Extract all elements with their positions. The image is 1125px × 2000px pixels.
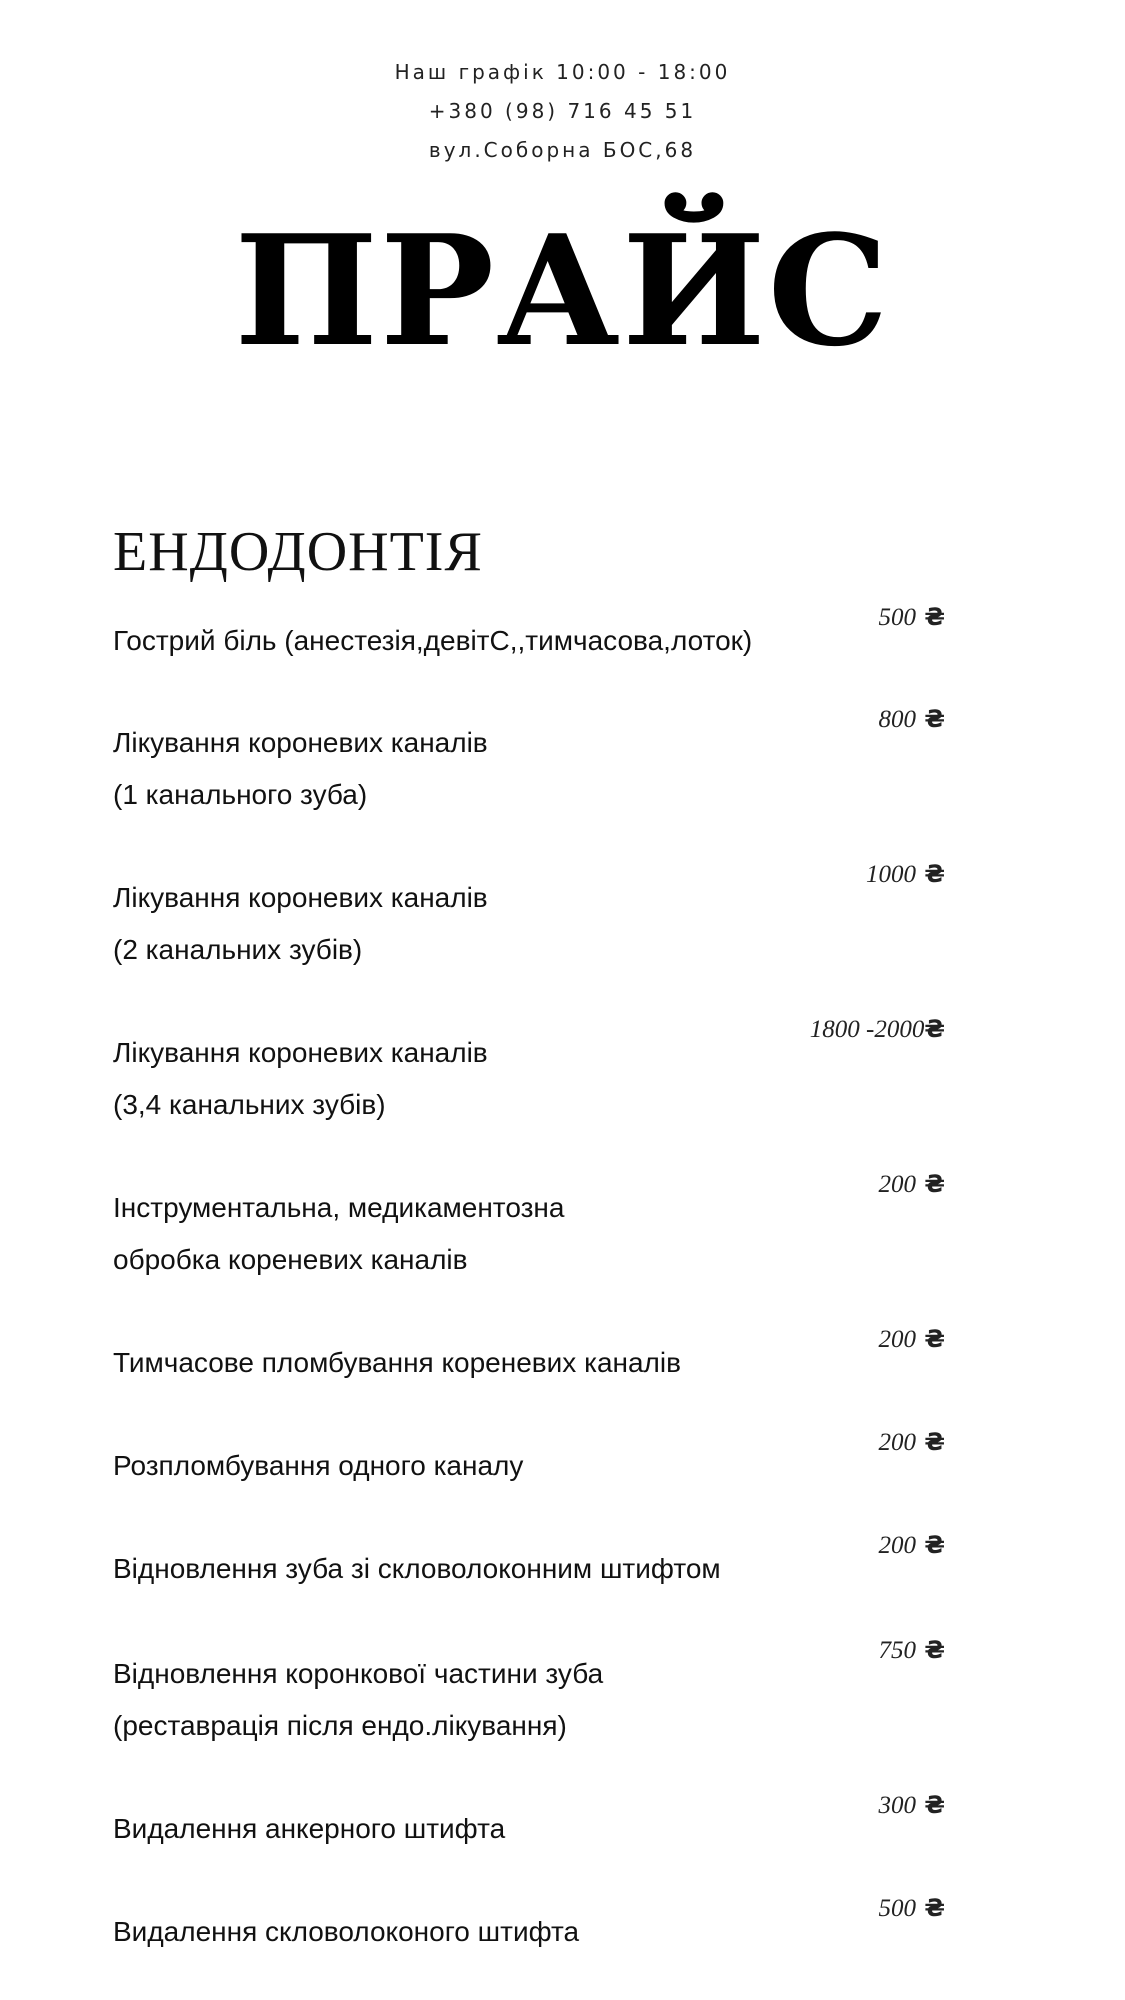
service-name: Лікування короневих каналів(1 канального… (113, 717, 833, 821)
working-hours: Наш графік 10:00 - 18:00 (0, 60, 1125, 84)
hryvnia-currency-icon: ₴ (916, 1894, 945, 1922)
hryvnia-currency-icon: ₴ (916, 705, 945, 733)
hryvnia-currency-icon: ₴ (916, 603, 945, 631)
service-name-line2: (2 канальних зубів) (113, 924, 833, 976)
hryvnia-currency-icon: ₴ (916, 860, 945, 888)
price-value: 1800 -2000 (810, 1016, 925, 1043)
hryvnia-currency-icon: ₴ (916, 1325, 945, 1353)
service-price: 200 ₴ (879, 1325, 945, 1354)
service-name-line1: Видалення анкерного штифта (113, 1803, 833, 1855)
price-value: 200 (879, 1326, 917, 1353)
service-name-line2: (3,4 канальних зубів) (113, 1079, 833, 1131)
price-value: 200 (879, 1429, 917, 1456)
address: вул.Соборна БОС,68 (0, 138, 1125, 162)
service-name-line1: Лікування короневих каналів (113, 717, 833, 769)
hryvnia-currency-icon: ₴ (916, 1428, 945, 1456)
service-name-line2: (1 канального зуба) (113, 769, 833, 821)
hryvnia-currency-icon: ₴ (916, 1791, 945, 1819)
service-name: Лікування короневих каналів(2 канальних … (113, 872, 833, 976)
service-name: Видалення анкерного штифта (113, 1803, 833, 1855)
service-name-line1: Видалення скловолоконого штифта (113, 1906, 833, 1958)
service-price: 200 ₴ (879, 1428, 945, 1457)
service-price: 1800 -2000₴ (810, 1015, 945, 1044)
service-name: Видалення скловолоконого штифта (113, 1906, 833, 1958)
service-name-line2: (реставрація після ендо.лікування) (113, 1700, 833, 1752)
service-name: Інструментальна, медикаментознаобробка к… (113, 1182, 833, 1286)
service-name: Розпломбування одного каналу (113, 1440, 833, 1492)
price-value: 1000 (866, 861, 916, 888)
service-name-line1: Відновлення зуба зі скловолоконним штифт… (113, 1543, 833, 1595)
service-price: 800 ₴ (879, 705, 945, 734)
service-price: 200 ₴ (879, 1170, 945, 1199)
service-name-line1: Тимчасове пломбування кореневих каналів (113, 1337, 833, 1389)
service-name-line1: Лікування короневих каналів (113, 872, 833, 924)
price-value: 800 (879, 706, 917, 733)
hryvnia-currency-icon: ₴ (916, 1636, 945, 1664)
service-name-line1: Інструментальна, медикаментозна (113, 1182, 833, 1234)
service-price: 500 ₴ (879, 1894, 945, 1923)
service-name-line2: обробка кореневих каналів (113, 1234, 833, 1286)
hryvnia-currency-icon: ₴ (924, 1015, 945, 1043)
service-name-line1: Гострий біль (анестезія,девітС,,тимчасов… (113, 615, 833, 667)
price-value: 200 (879, 1171, 917, 1198)
service-name: Тимчасове пломбування кореневих каналів (113, 1337, 833, 1389)
price-value: 300 (879, 1792, 917, 1819)
service-price: 200 ₴ (879, 1531, 945, 1560)
hryvnia-currency-icon: ₴ (916, 1531, 945, 1559)
service-name: Відновлення зуба зі скловолоконним штифт… (113, 1543, 833, 1595)
price-value: 200 (879, 1532, 917, 1559)
service-name: Відновлення коронкової частини зуба(рест… (113, 1648, 833, 1752)
hryvnia-currency-icon: ₴ (916, 1170, 945, 1198)
service-name: Гострий біль (анестезія,девітС,,тимчасов… (113, 615, 833, 667)
service-price: 300 ₴ (879, 1791, 945, 1820)
service-price: 1000 ₴ (866, 860, 945, 889)
section-title: ЕНДОДОНТІЯ (113, 520, 483, 584)
price-value: 750 (879, 1637, 917, 1664)
service-name-line1: Відновлення коронкової частини зуба (113, 1648, 833, 1700)
service-name-line1: Розпломбування одного каналу (113, 1440, 833, 1492)
page-title: ПРАЙС (0, 215, 1125, 367)
price-value: 500 (879, 604, 917, 631)
phone-number[interactable]: +380 (98) 716 45 51 (0, 99, 1125, 123)
service-price: 500 ₴ (879, 603, 945, 632)
service-name: Лікування короневих каналів(3,4 канальни… (113, 1027, 833, 1131)
price-value: 500 (879, 1895, 917, 1922)
service-price: 750 ₴ (879, 1636, 945, 1665)
service-name-line1: Лікування короневих каналів (113, 1027, 833, 1079)
